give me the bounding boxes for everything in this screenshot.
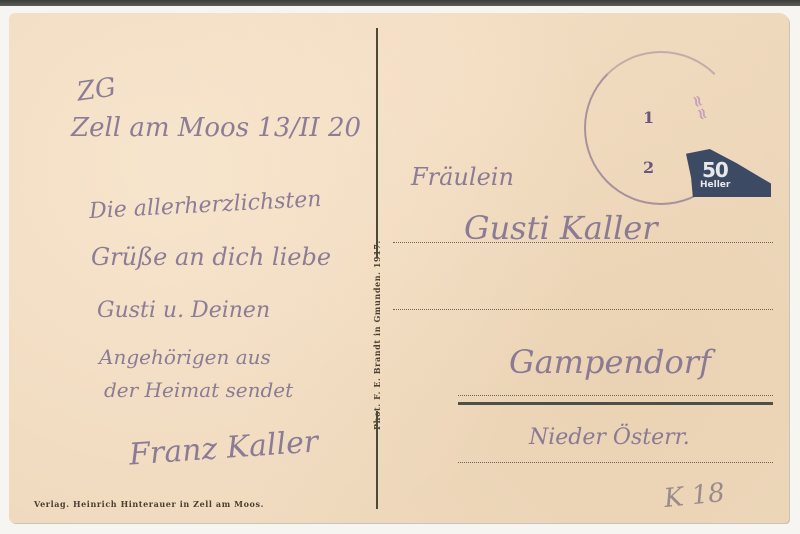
address-line-2 xyxy=(393,309,773,310)
publisher-imprint: Verlag. Heinrich Hinterauer in Zell am M… xyxy=(34,499,264,509)
message-line-1: Die allerherzlichsten xyxy=(89,187,323,224)
address-line-1 xyxy=(393,242,773,243)
stamp-unit: Heller xyxy=(700,180,730,190)
salutation: Fräulein xyxy=(411,163,514,191)
center-divider-bottom xyxy=(376,411,378,509)
postcard: ZG Zell am Moos 13/II 20 Die allerherzli… xyxy=(9,13,789,523)
pencil-note: K 18 xyxy=(663,478,727,514)
address-line-3 xyxy=(458,395,773,396)
scan-top-edge xyxy=(0,0,800,6)
message-header-line: Zell am Moos 13/II 20 xyxy=(71,113,361,143)
message-line-2: Grüße an dich liebe xyxy=(91,243,331,271)
signature: Franz Kaller xyxy=(128,424,319,472)
message-line-3: Gusti u. Deinen xyxy=(97,298,270,323)
postmark-digit-month: 2 xyxy=(643,158,654,177)
center-divider-top xyxy=(376,28,378,258)
address-underline-thick xyxy=(458,402,773,405)
region: Nieder Österr. xyxy=(529,425,690,450)
corner-mark: ZG xyxy=(75,72,118,107)
postmark-digit-day: 1 xyxy=(643,108,654,127)
message-line-4: Angehörigen aus xyxy=(99,345,271,369)
photo-credit: Phot. F. E. Brandt in Gmunden. 1917. xyxy=(372,240,382,430)
address-line-4 xyxy=(458,462,773,463)
stamp-value: 50 xyxy=(702,158,728,182)
message-line-5: der Heimat sendet xyxy=(104,378,293,402)
town: Gampendorf xyxy=(509,343,711,381)
